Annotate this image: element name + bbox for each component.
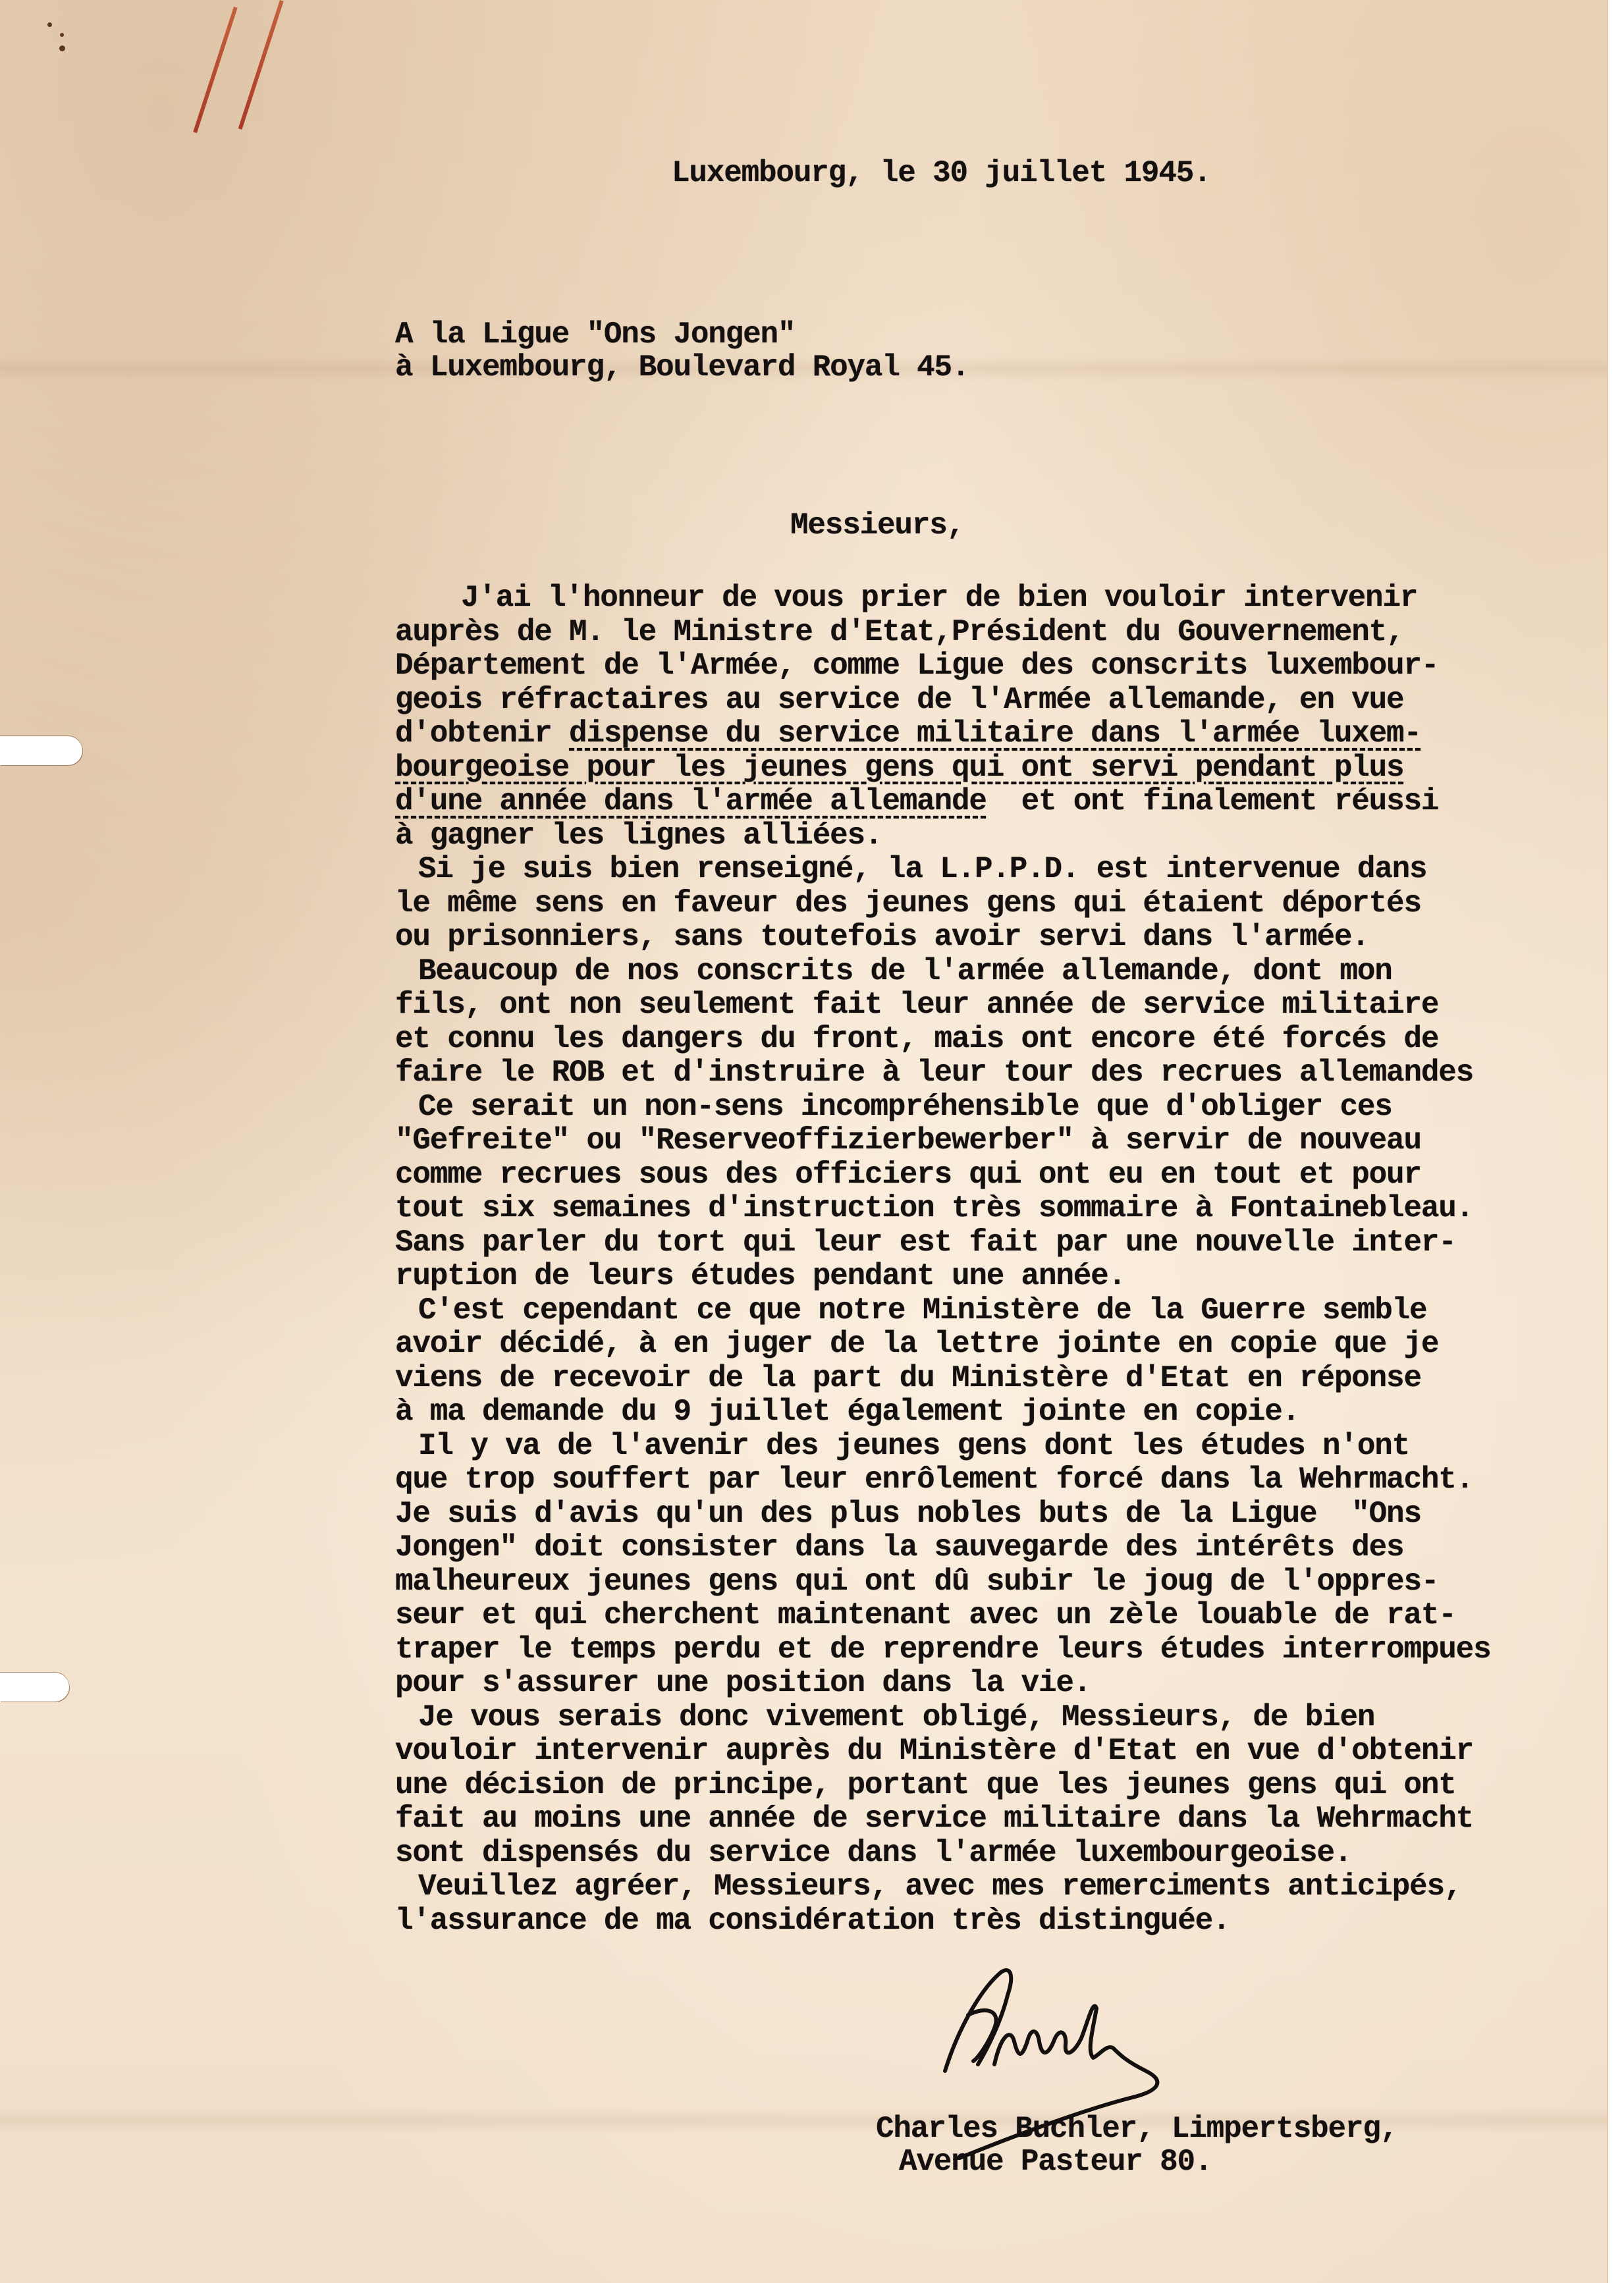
body-line: bourgeoise pour les jeunes gens qui ont … [395, 751, 1403, 785]
stain-spot [60, 33, 64, 37]
body-line: d'obtenir dispense du service militaire … [395, 717, 1421, 751]
body-line: Il y va de l'avenir des jeunes gens dont… [418, 1430, 1409, 1463]
date-line: Luxembourg, le 30 juillet 1945. [672, 157, 1211, 190]
body-line: Beaucoup de nos conscrits de l'armée all… [418, 955, 1392, 988]
body-line: tout six semaines d'instruction très som… [395, 1192, 1473, 1225]
body-line: ou prisonniers, sans toutefois avoir ser… [395, 921, 1369, 954]
body-line: Département de l'Armée, comme Ligue des … [395, 649, 1438, 683]
body-line: J'ai l'honneur de vous prier de bien vou… [461, 581, 1417, 615]
body-line: le même sens en faveur des jeunes gens q… [395, 887, 1421, 921]
body-line: fait au moins une année de service milit… [395, 1802, 1473, 1836]
body-line: C'est cependant ce que notre Ministère d… [418, 1294, 1426, 1328]
body-line: Sans parler du tort qui leur est fait pa… [395, 1226, 1456, 1260]
body-line: à gagner les lignes alliées. [395, 819, 882, 853]
salutation: Messieurs, [790, 509, 964, 543]
body-line: Si je suis bien renseigné, la L.P.P.D. e… [418, 853, 1426, 886]
body-line: pour s'assurer une position dans la vie. [395, 1667, 1091, 1700]
body-line: sont dispensés du service dans l'armée l… [395, 1837, 1351, 1870]
body-line: comme recrues sous des officiers qui ont… [395, 1158, 1421, 1192]
sender-line-1: Charles Buchler, Limpertsberg, [876, 2112, 1397, 2146]
body-line: et connu les dangers du front, mais ont … [395, 1023, 1438, 1056]
underlined-text: d'une année dans l'armée allemande [395, 784, 987, 819]
underlined-text: dispense du service militaire dans l'arm… [569, 716, 1421, 751]
body-line: traper le temps perdu et de reprendre le… [395, 1633, 1490, 1667]
rust-mark [238, 0, 284, 130]
recipient-line-2: à Luxembourg, Boulevard Royal 45. [395, 351, 969, 385]
body-line: seur et qui cherchent maintenant avec un… [395, 1599, 1456, 1632]
body-line: vouloir intervenir auprès du Ministère d… [395, 1734, 1473, 1768]
body-text: et ont finalement réussi [987, 784, 1439, 819]
underlined-text: bourgeoise pour les jeunes gens qui ont … [395, 751, 1403, 785]
body-line: à ma demande du 9 juillet également join… [395, 1395, 1299, 1429]
body-line: Jongen" doit consister dans la sauvegard… [395, 1531, 1403, 1565]
stain-spot [59, 45, 65, 51]
body-line: faire le ROB et d'instruire à leur tour … [395, 1056, 1473, 1090]
body-line: ruption de leurs études pendant une anné… [395, 1260, 1125, 1293]
body-text: d'obtenir [395, 716, 569, 751]
rust-mark [193, 7, 238, 133]
body-line: viens de recevoir de la part du Ministèr… [395, 1362, 1421, 1395]
body-line: auprès de M. le Ministre d'Etat,Présiden… [395, 616, 1403, 649]
body-line: geois réfractaires au service de l'Armée… [395, 684, 1403, 717]
body-line: Je vous serais donc vivement obligé, Mes… [418, 1701, 1374, 1734]
punch-hole-top [0, 736, 82, 765]
recipient-line-1: A la Ligue "Ons Jongen" [395, 318, 795, 352]
body-line: que trop souffert par leur enrôlement fo… [395, 1463, 1473, 1497]
body-line: "Gefreite" ou "Reserveoffizierbewerber" … [395, 1124, 1421, 1158]
body-line: fils, ont non seulement fait leur année … [395, 988, 1438, 1022]
body-line: l'assurance de ma considération très dis… [395, 1904, 1230, 1938]
stain-spot [47, 22, 52, 27]
body-line: malheureux jeunes gens qui ont dû subir … [395, 1565, 1438, 1599]
punch-hole-bottom [0, 1673, 69, 1702]
body-line: Ce serait un non-sens incompréhensible q… [418, 1090, 1392, 1124]
body-line: Je suis d'avis qu'un des plus nobles but… [395, 1497, 1421, 1531]
body-line: une décision de principe, portant que le… [395, 1769, 1456, 1802]
sender-line-2: Avenue Pasteur 80. [899, 2145, 1212, 2179]
body-line: d'une année dans l'armée allemande et on… [395, 785, 1438, 819]
body-line: Veuillez agréer, Messieurs, avec mes rem… [418, 1870, 1461, 1904]
body-line: avoir décidé, à en juger de la lettre jo… [395, 1328, 1438, 1361]
